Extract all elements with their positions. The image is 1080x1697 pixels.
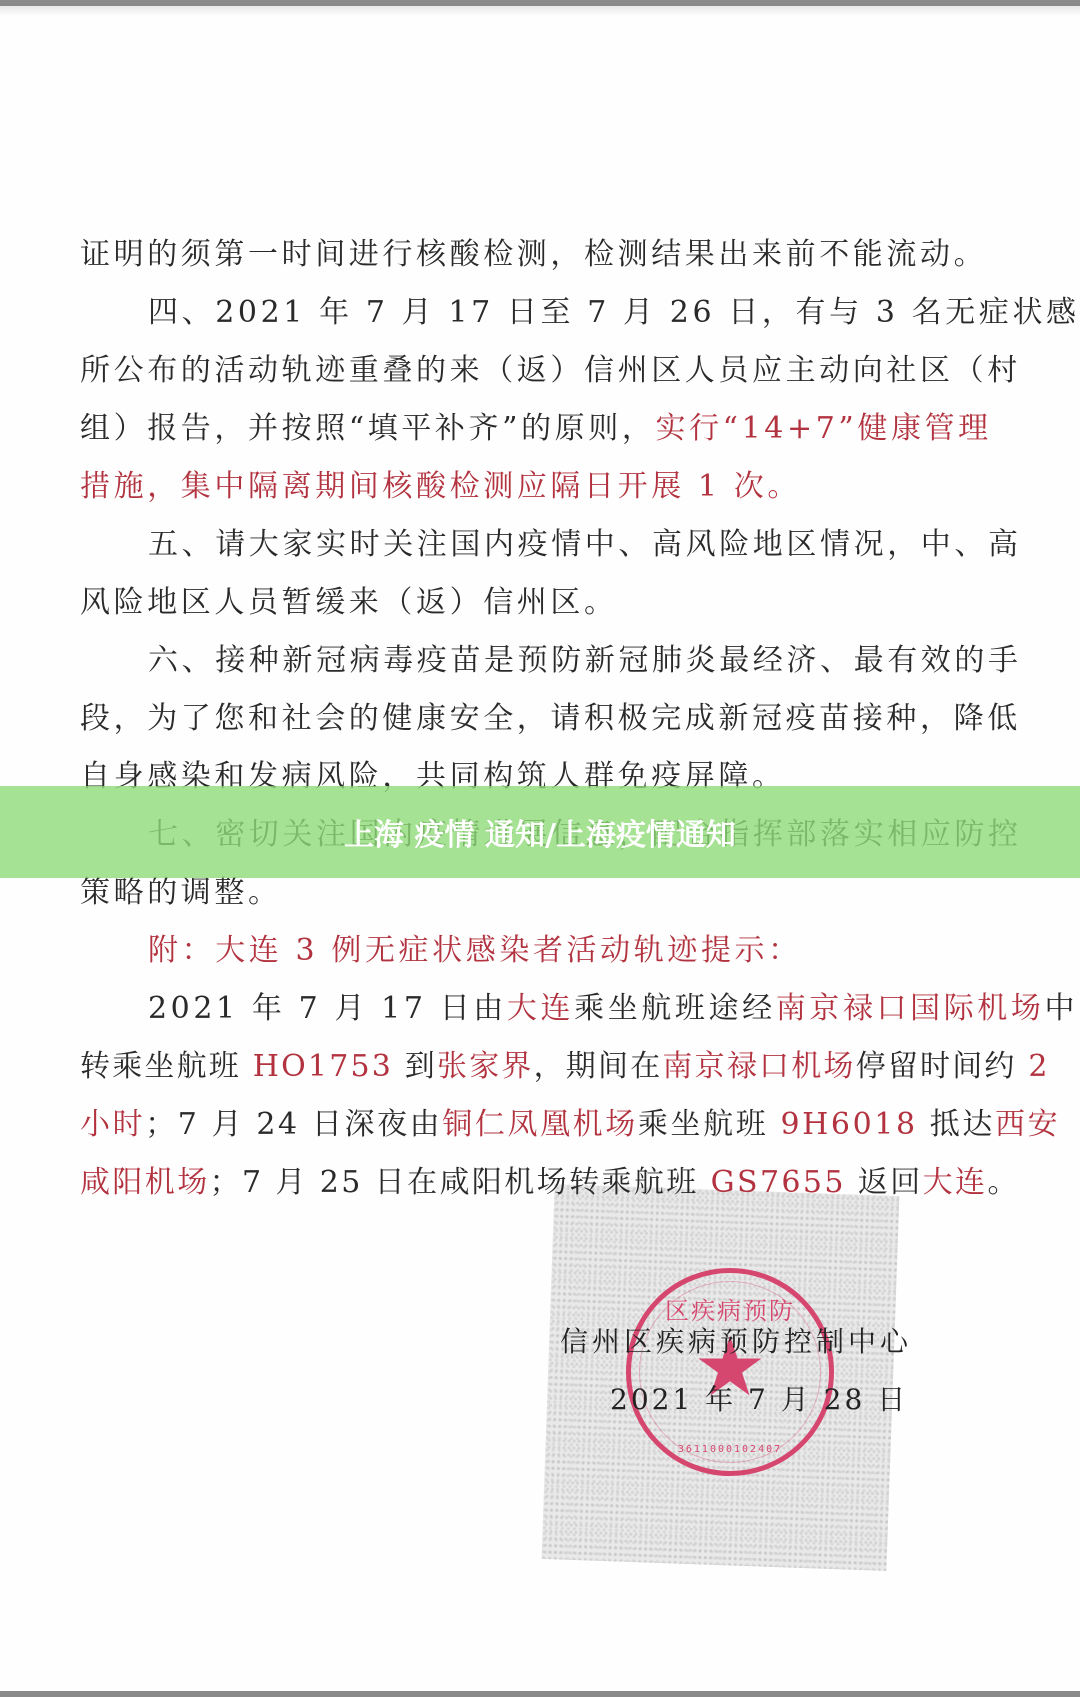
official-seal: 区疾病预防 ★ 3611000102407 [626,1268,834,1476]
doc-text-highlight: 西安 [995,1107,1060,1142]
doc-text-highlight: 南京禄口国际机场 [776,991,1045,1026]
doc-text: 策略的调整。 [80,875,282,910]
doc-text-highlight: 措施，集中隔离期间核酸检测应隔日开展 1 次。 [80,469,801,504]
doc-text: 四、2021 年 7 月 17 日至 7 月 26 日，有与 3 名无症状感染者 [148,295,1080,330]
doc-text-highlight: 大连 [923,1165,988,1200]
signature-organization: 信州区疾病预防控制中心 [560,1320,912,1360]
doc-text-highlight: 铜仁凤凰机场 [442,1107,638,1142]
doc-text: ；7 月 25 日在咸阳机场转乘航班 [210,1165,711,1200]
doc-text: 2021 年 7 月 17 日由 [148,991,507,1026]
doc-line-item-5: 五、请大家实时关注国内疫情中、高风险地区情况，中、高 [148,516,980,574]
doc-text-highlight: GS7655 [711,1165,846,1200]
doc-text-highlight: 实行“14+7”健康管理 [655,411,991,446]
doc-text: 组）报告，并按照“填平补齐”的原则， [80,411,655,446]
doc-text: 风险地区人员暂缓来（返）信州区。 [80,585,618,620]
doc-text-highlight: 小时 [80,1107,145,1142]
title-banner: 上海 疫情 通知/上海疫情通知 [0,786,1080,878]
doc-text-highlight: 咸阳机场 [80,1165,210,1200]
doc-text: 停留时间约 [856,1049,1029,1084]
doc-text: 返回 [846,1165,923,1200]
doc-text: 乘坐航班途经 [574,991,776,1026]
scan-top-shadow [0,6,1080,16]
doc-text: 到 [393,1049,437,1084]
doc-text: 转乘坐航班 [80,1049,253,1084]
doc-line-14: 2021 年 7 月 17 日由大连乘坐航班途经南京禄口国际机场中 [148,980,980,1038]
doc-line-9: 段，为了您和社会的健康安全，请积极完成新冠疫苗接种，降低 [80,690,980,748]
doc-text: 。 [987,1165,1019,1200]
doc-text: ，期间在 [534,1049,663,1084]
doc-appendix-heading: 附：大连 3 例无症状感染者活动轨迹提示： [148,922,980,980]
doc-text-highlight: 2 [1028,1049,1049,1084]
doc-line-15: 转乘坐航班 HO1753 到张家界，期间在南京禄口机场停留时间约 2 [80,1038,980,1096]
doc-text-highlight: 南京禄口机场 [662,1049,855,1084]
doc-line-16: 小时；7 月 24 日深夜由铜仁凤凰机场乘坐航班 9H6018 抵达西安 [80,1096,980,1154]
doc-text-highlight: HO1753 [253,1049,393,1084]
doc-line-item-4: 四、2021 年 7 月 17 日至 7 月 26 日，有与 3 名无症状感染者 [148,284,980,342]
doc-line-item-6: 六、接种新冠病毒疫苗是预防新冠肺炎最经济、最有效的手 [148,632,980,690]
doc-line-7: 风险地区人员暂缓来（返）信州区。 [80,574,980,632]
doc-text: 证明的须第一时间进行核酸检测，检测结果出来前不能流动。 [80,237,987,272]
doc-line-17: 咸阳机场；7 月 25 日在咸阳机场转乘航班 GS7655 返回大连。 [80,1154,980,1212]
doc-line-3: 所公布的活动轨迹重叠的来（返）信州区人员应主动向社区（村 [80,342,980,400]
doc-line-5: 措施，集中隔离期间核酸检测应隔日开展 1 次。 [80,458,980,516]
doc-text-highlight: 张家界 [437,1049,534,1084]
doc-line-1: 证明的须第一时间进行核酸检测，检测结果出来前不能流动。 [80,226,980,284]
doc-text: 六、接种新冠病毒疫苗是预防新冠肺炎最经济、最有效的手 [148,643,1022,678]
doc-text: 所公布的活动轨迹重叠的来（返）信州区人员应主动向社区（村 [80,353,1021,388]
seal-code: 3611000102407 [631,1444,829,1455]
doc-text: 段，为了您和社会的健康安全，请积极完成新冠疫苗接种，降低 [80,701,1021,736]
doc-text: 五、请大家实时关注国内疫情中、高风险地区情况，中、高 [148,527,1022,562]
signature-date: 2021 年 7 月 28 日 [610,1378,908,1418]
doc-line-4: 组）报告，并按照“填平补齐”的原则，实行“14+7”健康管理 [80,400,980,458]
scan-bottom-edge [0,1691,1080,1697]
banner-title: 上海 疫情 通知/上海疫情通知 [344,810,736,854]
doc-text-highlight: 9H6018 [780,1107,917,1142]
doc-text-highlight: 大连 [507,991,574,1026]
doc-text-highlight: 附：大连 3 例无症状感染者活动轨迹提示： [148,933,802,968]
doc-text: 乘坐航班 [638,1107,781,1142]
doc-text: ；7 月 24 日深夜由 [145,1107,442,1142]
doc-text: 中 [1045,991,1079,1026]
doc-text: 抵达 [918,1107,995,1142]
